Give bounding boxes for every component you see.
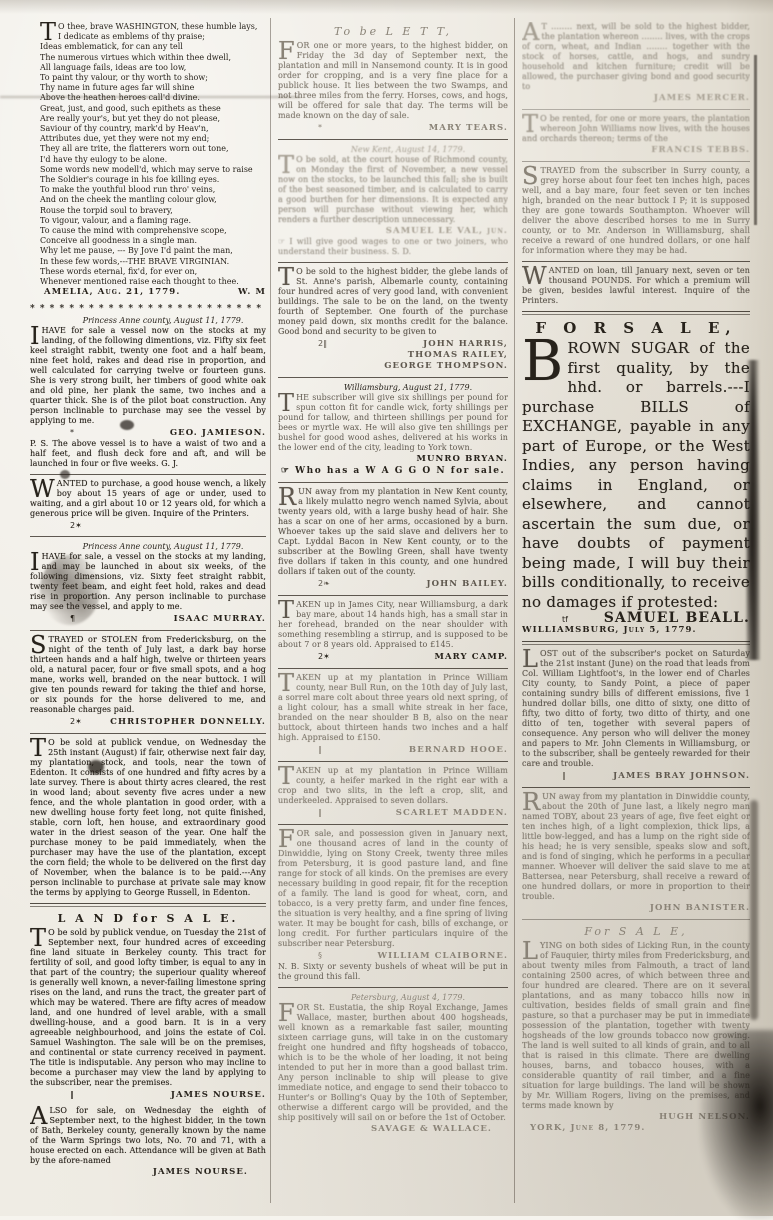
ad-dateline: Petersburg, August 4, 1779. — [278, 992, 508, 1003]
ad-signature: JAMES BRAY JOHNSON. — [613, 771, 750, 782]
ad-signature-row: JAMES MERCER. — [522, 93, 750, 104]
ad-taken-up-mare: TAKEN up in James City, near Williamsbur… — [278, 600, 508, 663]
ad-marker: ‖ — [278, 744, 322, 755]
divider-rule — [30, 630, 266, 631]
ad-signature-row: JAMES NOURSE. — [30, 1167, 266, 1178]
ad-body: WANTED on loan, till January next, seven… — [522, 266, 750, 306]
newspaper-page: TO thee, brave WASHINGTON, these humble … — [0, 0, 773, 1216]
ad-marker: 2❧ — [278, 578, 330, 589]
ad-body: TAKEN up in James City, near Williamsbur… — [278, 600, 508, 650]
ad-signature-row: ‖ SCARLET MADDEN. — [278, 807, 508, 819]
divider-rule-double — [30, 903, 266, 907]
ad-vessel-murray: Princess Anne county, August 11, 1779. I… — [30, 541, 266, 625]
ad-signature: ISAAC MURRAY. — [174, 614, 266, 625]
ad-signature: SCARLET MADDEN. — [396, 808, 508, 819]
ad-body: TAKEN up at my plantation in Prince Will… — [278, 766, 508, 806]
ad-faded-rent: TO be rented, for one or more years, the… — [522, 114, 750, 156]
ad-ship-royal-exchange: Petersburg, August 4, 1779. FOR St. Eust… — [278, 992, 508, 1135]
divider-rule — [522, 161, 750, 162]
poem-washington: TO thee, brave WASHINGTON, these humble … — [30, 22, 266, 298]
ad-signature-row: * MARY TEARS. — [278, 122, 508, 134]
ad-marker: 2‖ — [278, 338, 327, 349]
divider-rule-double — [522, 311, 750, 315]
ad-signature: JAMES NOURSE. — [153, 1167, 266, 1178]
poem-signature-row: AMELIA, Aug. 21, 1779. W. M — [30, 287, 266, 298]
ad-signature: SAMUEL BEALL. — [604, 613, 750, 624]
divider-rule — [278, 987, 508, 988]
ad-dateline: Princess Anne county, August 11, 1779. — [30, 315, 266, 326]
ad-body: FOR one or more years, to the highest bi… — [278, 41, 508, 121]
ad-signature-row: SAMUEL LE VAL, jun. — [278, 226, 508, 237]
ad-signature-row: MUNRO BRYAN. — [278, 454, 508, 465]
column-2: To be L E T T, FOR one or more years, to… — [278, 22, 508, 1202]
scan-top-shadow — [0, 0, 773, 14]
ad-body: FOR St. Eustatia, the ship Royal Exchang… — [278, 1003, 508, 1123]
poem-signature: W. M — [238, 287, 266, 298]
ad-runaway-wench: RUN away from my plantation in New Kent … — [278, 487, 508, 590]
ad-subscriber-cotton: Williamsburg, August 21, 1779. THE subsc… — [278, 382, 508, 477]
ad-signature-row: ‖ JAMES BRAY JOHNSON. — [522, 770, 750, 782]
ad-heading: To be L E T T, — [278, 24, 508, 39]
waggon-for-sale-line: ☞ Who has a W A G G O N for sale. — [278, 465, 508, 477]
column-1: TO thee, brave WASHINGTON, these humble … — [30, 22, 266, 1202]
ad-signature: JAMES NOURSE. — [171, 1090, 266, 1101]
ad-vendue-edenton: TO be sold at publick vendue, on Wednesd… — [30, 738, 266, 898]
ad-signature: GEORGE THOMPSON. — [384, 361, 508, 372]
ad-body: STRAYED or STOLEN from Fredericksburg, o… — [30, 635, 266, 715]
ad-dateline: Williamsburg, August 21, 1779. — [278, 382, 508, 393]
divider-rule — [278, 761, 508, 762]
ad-body: AT ........ next, will be sold to the hi… — [522, 22, 750, 92]
ad-body: FOR sale, and possession given in Januar… — [278, 829, 508, 949]
ad-land-for-sale: L A N D for S A L E. TO be sold by publi… — [30, 911, 266, 1101]
ad-signature-row: ‖ BERNARD HOOE. — [278, 744, 508, 756]
divider-rule — [278, 377, 508, 378]
divider-rule — [278, 482, 508, 483]
ad-marker: * — [278, 122, 322, 133]
scan-edge-artifact — [754, 55, 757, 225]
divider-rule — [522, 109, 750, 110]
divider-rule — [522, 787, 750, 788]
ad-signature-row: tf SAMUEL BEALL. — [522, 613, 750, 625]
ad-licking-run-land: For S A L E, LYING on both sides of Lick… — [522, 924, 750, 1134]
ad-signature: JOHN BANISTER. — [650, 903, 750, 914]
ad-signature: THOMAS RAILEY, — [408, 350, 508, 361]
ad-marker: 2✶ — [278, 651, 330, 662]
ad-body: TO be sold to the highest bidder, the gl… — [278, 267, 508, 337]
ad-body: WANTED to purchase, a good house wench, … — [30, 479, 266, 519]
ad-signature-row: 2✶ CHRISTOPHER DONNELLY. — [30, 716, 266, 728]
ad-body: LYING on both sides of Licking Run, in t… — [522, 941, 750, 1111]
ad-marker: ¶ — [30, 613, 75, 624]
ad-signature-row: SAVAGE & WALLACE. — [278, 1124, 508, 1135]
ad-to-be-lett: To be L E T T, FOR one or more years, to… — [278, 24, 508, 134]
ad-heading: For S A L E, — [522, 924, 750, 939]
ad-body: RUN away from my plantation in Dinwiddie… — [522, 792, 750, 902]
ad-signature-row: THOMAS RAILEY, — [278, 350, 508, 361]
ad-lost-pocketbook: LOST out of the subscriber's pocket on S… — [522, 649, 750, 782]
divider-rule — [278, 668, 508, 669]
divider-rule — [278, 595, 508, 596]
ad-signature-row: FRANCIS TEBBS. — [522, 145, 750, 156]
divider-rule — [30, 733, 266, 734]
ad-heading: F O R S A L E, — [522, 319, 750, 337]
ornament-row: * * * * * * * * * * * * * * * * * * * * … — [30, 303, 266, 315]
ad-strayed-horses: STRAYED from the subscriber in Surry cou… — [522, 166, 750, 256]
ad-brown-sugar: F O R S A L E, BROWN SUGAR of the first … — [522, 319, 750, 636]
ad-signature: FRANCIS TEBBS. — [651, 145, 750, 156]
ad-dateline: New Kent, August 14, 1779. — [278, 144, 508, 155]
column-divider-rule — [514, 18, 515, 1203]
ad-body: BROWN SUGAR of the first quality, by the… — [522, 339, 750, 612]
divider-rule — [522, 261, 750, 262]
ad-body: TO be sold at publick vendue, on Wednesd… — [30, 738, 266, 898]
ad-signature: JOHN HARRIS, — [423, 339, 508, 350]
ad-signature: GEO. JAMIESON. — [170, 428, 266, 439]
ad-body: TO be rented, for one or more years, the… — [522, 114, 750, 144]
ad-signature-row: JOHN BANISTER. — [522, 903, 750, 914]
poem-dateline: AMELIA, Aug. 21, 1779. — [30, 287, 180, 298]
ad-nota-bene: N. B. Sixty or seventy bushels of wheat … — [278, 962, 508, 982]
ad-postscript: P. S. The above vessel is to have a wais… — [30, 439, 266, 469]
ad-body: I HAVE for sale, a vessel on the stocks … — [30, 552, 266, 612]
divider-rule — [278, 824, 508, 825]
ad-signature: BERNARD HOOE. — [409, 745, 508, 756]
ad-signature: JOHN BAILEY. — [426, 579, 508, 590]
ad-body: RUN away from my plantation in New Kent … — [278, 487, 508, 577]
ad-new-vessel: New Kent, August 14, 1779. TO be sold, a… — [278, 144, 508, 257]
ad-strayed-horse: STRAYED or STOLEN from Fredericksburg, o… — [30, 635, 266, 728]
ad-signature-row: 2✶ MARY CAMP. — [278, 651, 508, 663]
ad-dateline: YORK, June 8, 1779. — [522, 1123, 645, 1134]
divider-rule-double — [522, 641, 750, 645]
ad-dateline-row: WILLIAMSBURG, July 5, 1779. — [522, 625, 750, 636]
ad-marker: 2✶ — [30, 716, 82, 727]
scan-edge-artifact — [750, 800, 758, 1020]
ad-vessel-jamieson: Princess Anne county, August 11, 1779. I… — [30, 315, 266, 469]
ad-signature-row: § WILLIAM CLAIBORNE. — [278, 950, 508, 962]
divider-rule — [278, 262, 508, 263]
ad-wanted-purchase: WANTED to purchase, a good house wench, … — [30, 479, 266, 531]
ad-marker: ‖ — [30, 1089, 74, 1100]
ad-signature-row: ¶ ISAAC MURRAY. — [30, 613, 266, 625]
ad-marker: ‖ — [522, 770, 566, 781]
ad-marker: * — [30, 427, 74, 438]
ad-dateline: WILLIAMSBURG, July 5, 1779. — [522, 625, 697, 636]
ad-body: TAKEN up at my plantation in Prince Will… — [278, 673, 508, 743]
ad-taken-up-heifer: TAKEN up at my plantation in Prince Will… — [278, 766, 508, 819]
ad-signature-row: 2‖ JOHN HARRIS, — [278, 338, 508, 350]
ad-heading: L A N D for S A L E. — [30, 911, 266, 926]
ad-signature-row: 2✶ — [30, 520, 266, 531]
ad-marker: ‖ — [278, 807, 322, 818]
ad-taken-up-colt: TAKEN up at my plantation in Prince Will… — [278, 673, 508, 756]
ad-dinwiddie-land: FOR sale, and possession given in Januar… — [278, 829, 508, 982]
ad-signature-row: ‖ JAMES NOURSE. — [30, 1089, 266, 1101]
ad-dateline-row: YORK, June 8, 1779. — [522, 1123, 750, 1134]
ad-marker: § — [278, 950, 322, 961]
column-3: AT ........ next, will be sold to the hi… — [522, 22, 750, 1202]
ad-wanted-loan: WANTED on loan, till January next, seven… — [522, 266, 750, 306]
ad-signature: HUGH NELSON. — [659, 1112, 750, 1123]
ad-body: THE subscriber will give six shillings p… — [278, 393, 508, 453]
ad-signature: MARY TEARS. — [429, 123, 508, 134]
ad-wages-note: ☞ I will give good wages to one or two j… — [278, 237, 508, 257]
ad-body: TO be sold by publick vendue, on Tuesday… — [30, 928, 266, 1088]
ad-marker: 2✶ — [30, 520, 82, 531]
divider-rule — [278, 139, 508, 140]
divider-rule — [30, 474, 266, 475]
divider-rule — [522, 919, 750, 920]
ad-signature: CHRISTOPHER DONNELLY. — [110, 717, 266, 728]
column-divider-rule — [270, 18, 271, 1203]
ad-body: LOST out of the subscriber's pocket on S… — [522, 649, 750, 769]
ad-signature-row: * GEO. JAMIESON. — [30, 427, 266, 439]
ad-dateline: Princess Anne county, August 11, 1779. — [30, 541, 266, 552]
ad-signature-row: 2❧ JOHN BAILEY. — [278, 578, 508, 590]
ad-signature: WILLIAM CLAIBORNE. — [377, 951, 508, 962]
ad-signature-row: HUGH NELSON. — [522, 1112, 750, 1123]
ad-also-for-sale: ALSO for sale, on Wednesday the eighth o… — [30, 1106, 266, 1178]
ad-signature: MARY CAMP. — [434, 652, 508, 663]
ad-signature: SAMUEL LE VAL, jun. — [386, 226, 508, 237]
ad-signature: MUNRO BRYAN. — [416, 454, 508, 465]
ad-signature-row: GEORGE THOMPSON. — [278, 361, 508, 372]
ad-signature: JAMES MERCER. — [654, 93, 750, 104]
ad-glebe-lands: TO be sold to the highest bidder, the gl… — [278, 267, 508, 372]
ad-marker: tf — [522, 614, 568, 625]
ad-faded-vendue: AT ........ next, will be sold to the hi… — [522, 22, 750, 104]
divider-rule — [30, 536, 266, 537]
ad-signature: SAVAGE & WALLACE. — [371, 1124, 508, 1135]
ad-body: STRAYED from the subscriber in Surry cou… — [522, 166, 750, 256]
ad-body: TO be sold, at the court house of Richmo… — [278, 155, 508, 225]
ad-body: I HAVE for sale a vessel now on the stoc… — [30, 326, 266, 426]
poem-text: TO thee, brave WASHINGTON, these humble … — [30, 22, 266, 287]
ad-body: ALSO for sale, on Wednesday the eighth o… — [30, 1106, 266, 1166]
ad-runaway-toby: RUN away from my plantation in Dinwiddie… — [522, 792, 750, 914]
